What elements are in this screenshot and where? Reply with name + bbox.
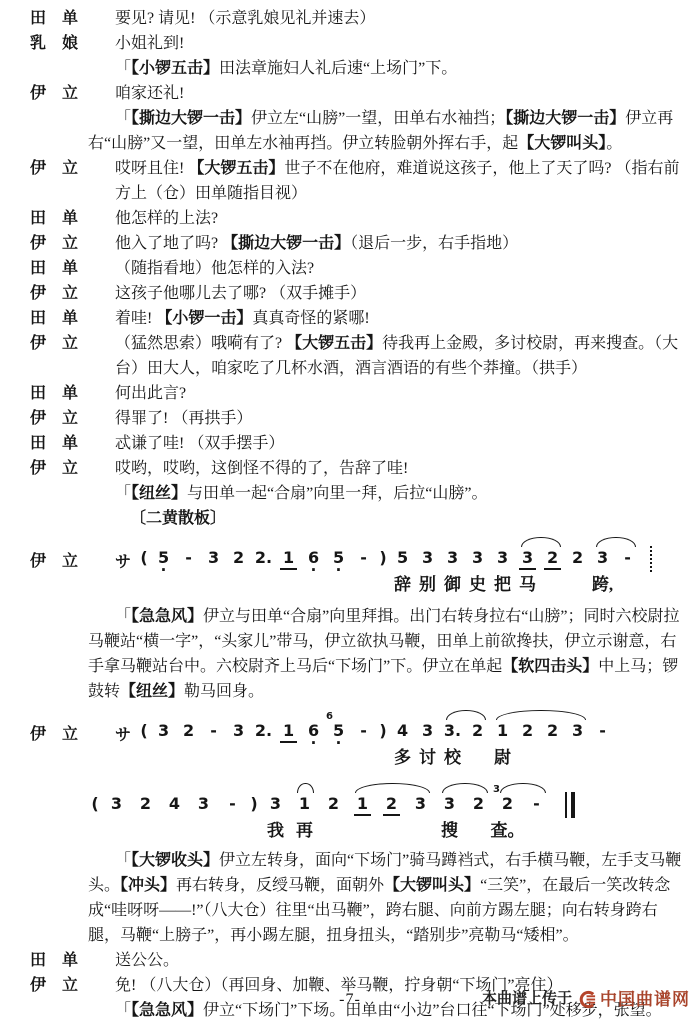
stage-direction: 「【大锣收头】伊立左转身，面向“下场门”骑马蹲裆式，右手横马鞭，左手支马鞭头。【… [88, 848, 700, 948]
note: 3跨, [590, 548, 615, 570]
note: 3 [102, 794, 131, 816]
note: 3 [151, 721, 176, 743]
dialogue-row: 田 单 忒谦了哇! （双手摆手） [0, 431, 700, 456]
notation-notes: (5·-322.16·5·-)5辞3别3御3史3把3马223跨,- [137, 535, 652, 572]
stage-direction: 「【小锣五击】田法章施妇人礼后速“上场门”下。 [88, 56, 700, 81]
lyric: 把 [494, 575, 511, 595]
note: 4多 [390, 721, 415, 743]
dialogue-row: 伊 立 哎呀且住! 【大锣五击】世子不在他府，难道说这孩子，他上了天了吗? （指… [0, 156, 700, 206]
note: 3史 [465, 548, 490, 570]
dashed-barline [650, 546, 652, 572]
dialogue-row: 田 单 要见? 请见! （示意乳娘见礼并速去） [0, 6, 700, 31]
note: 2 [540, 721, 565, 743]
speaker-name: 伊 立 [0, 81, 115, 106]
dialogue-text: 小姐礼到! [115, 31, 700, 56]
slur-arc [500, 783, 546, 793]
slur-arc [596, 537, 636, 547]
dialogue-row: 伊 立 这孩子他哪儿去了哪? （双手摊手） [0, 281, 700, 306]
music-line-1: 伊 立 サ (5·-322.16·5·-)5辞3别3御3史3把3马223跨,- [0, 531, 700, 604]
slur-arc [496, 710, 586, 720]
speaker-name: 田 单 [0, 381, 115, 406]
note: 3我 [261, 794, 290, 816]
stage-direction: 「【急急风】伊立与田单“合扇”向里拜揖。出门右转身拉右“山膀”；同时六校尉拉马鞭… [88, 604, 700, 704]
note: 1尉 [490, 721, 515, 743]
free-meter-mark: サ [115, 535, 131, 574]
note: 3 [406, 794, 435, 816]
note: ) [247, 794, 261, 816]
note: 3御 [440, 548, 465, 570]
speaker-name: 伊 立 [0, 406, 115, 431]
note: 3 [565, 721, 590, 743]
dialogue-row: 乳 娘 小姐礼到! [0, 31, 700, 56]
upload-credit-label: 本曲谱上传于 [482, 987, 572, 1012]
dialogue-row: 伊 立 他入了地了吗? 【撕边大锣一击】（退后一步，右手指地） [0, 231, 700, 256]
speaker-name: 伊 立 [0, 281, 115, 306]
note: - [590, 721, 615, 743]
speaker-name: 田 单 [0, 6, 115, 31]
note: 2 [515, 721, 540, 743]
lyric: 我 [267, 821, 284, 841]
dialogue-text: 咱家还礼! [115, 81, 700, 106]
lyric: 别 [419, 575, 436, 595]
note: 3 [189, 794, 218, 816]
lyric: 再 [296, 821, 313, 841]
dialogue-text: （猛然思索）哦嗬有了? 【大锣五击】待我再上金殿，多讨校尉，再来搜查。（大台）田… [115, 331, 700, 381]
dialogue-text: 得罪了! （再拱手） [115, 406, 700, 431]
slur-arc [521, 537, 561, 547]
site-logo-icon [578, 990, 597, 1009]
speaker-name: 伊 立 [0, 156, 115, 181]
speaker-name: 田 单 [0, 431, 115, 456]
note: 3讨 [415, 721, 440, 743]
note: 2 [565, 548, 590, 570]
site-logo[interactable]: 中国曲谱网 [578, 987, 690, 1012]
note: 5辞 [390, 548, 415, 570]
note: 1 [276, 721, 301, 743]
note: 3搜 [435, 794, 464, 816]
double-barline [565, 792, 575, 818]
dialogue-row: 田 单 何出此言? [0, 381, 700, 406]
note: ) [376, 548, 390, 570]
dialogue-text: 送公公。 [115, 948, 700, 973]
slur-arc [442, 783, 488, 793]
page-footer: -7- 本曲谱上传于 中国曲谱网 [0, 988, 700, 1014]
note: 5· [151, 548, 176, 570]
dialogue-row: 伊 立 得罪了! （再拱手） [0, 406, 700, 431]
notation-notes: (3243-)3我1再21233搜223查。- [88, 781, 575, 818]
note: 2 [464, 794, 493, 816]
dialogue-row: 伊 立 （猛然思索）哦嗬有了? 【大锣五击】待我再上金殿，多讨校尉，再来搜查。（… [0, 331, 700, 381]
lyric: 跨, [592, 575, 613, 595]
dialogue-text: 何出此言? [115, 381, 700, 406]
dialogue-row: 田 单 着哇! 【小锣一击】真真奇怪的紧哪! [0, 306, 700, 331]
dialogue-text: 哎哟，哎哟，这倒怪不得的了，告辞了哇! [115, 456, 700, 481]
dialogue-text: 他怎样的上法? [115, 206, 700, 231]
note: 2. [251, 548, 276, 570]
note: - [201, 721, 226, 743]
speaker-name: 伊 立 [0, 331, 115, 356]
note: 3把 [490, 548, 515, 570]
note: 2. [251, 721, 276, 743]
note: 2 [319, 794, 348, 816]
note: 1 [348, 794, 377, 816]
dialogue-text: 要见? 请见! （示意乳娘见礼并速去） [115, 6, 700, 31]
lyric: 史 [469, 575, 486, 595]
note: 3 [201, 548, 226, 570]
note: 23查。 [493, 794, 522, 816]
note: 1再 [290, 794, 319, 816]
slur-arc [446, 710, 486, 720]
slur-arc [297, 783, 314, 793]
dialogue-text: 着哇! 【小锣一击】真真奇怪的紧哪! [115, 306, 700, 331]
dialogue-text: （随指看地）他怎样的入法? [115, 256, 700, 281]
notation-notes: (32-32.16·5·6-)4多3讨3.校21尉223- [137, 708, 615, 745]
music-line-2: 伊 立 サ (32-32.16·5·6-)4多3讨3.校21尉223- [0, 704, 700, 777]
slur-arc [355, 783, 430, 793]
dialogue-text: 忒谦了哇! （双手摆手） [115, 431, 700, 456]
speaker-name: 伊 立 [0, 231, 115, 256]
speaker-name: 田 单 [0, 256, 115, 281]
page-number: -7- [339, 987, 361, 1012]
note: 2 [131, 794, 160, 816]
lyric: 辞 [394, 575, 411, 595]
speaker-name: 田 单 [0, 306, 115, 331]
lyric: 搜 [441, 821, 458, 841]
dialogue-row: 伊 立 咱家还礼! [0, 81, 700, 106]
lyric: 尉 [494, 748, 511, 768]
lyric: 多 [394, 748, 411, 768]
dialogue-row: 伊 立 哎哟，哎哟，这倒怪不得的了，告辞了哇! [0, 456, 700, 481]
music-line-3: (3243-)3我1再21233搜223查。- [0, 777, 700, 848]
lyric: 校 [444, 748, 461, 768]
dialogue-row: 田 单 他怎样的上法? [0, 206, 700, 231]
speaker-name: 伊 立 [0, 708, 115, 747]
note: 2 [226, 548, 251, 570]
score-page: 田 单 要见? 请见! （示意乳娘见礼并速去） 乳 娘 小姐礼到! 「【小锣五击… [0, 0, 700, 1020]
note: - [218, 794, 247, 816]
note: 4 [160, 794, 189, 816]
dialogue-row: 田 单 （随指看地）他怎样的入法? [0, 256, 700, 281]
note: 6· [301, 548, 326, 570]
upload-credit: 本曲谱上传于 中国曲谱网 [482, 987, 690, 1012]
note: 3马 [515, 548, 540, 570]
site-name: 中国曲谱网 [600, 987, 690, 1012]
note: ( [88, 794, 102, 816]
note: - [176, 548, 201, 570]
note: 2 [465, 721, 490, 743]
note: - [351, 548, 376, 570]
speaker-name: 伊 立 [0, 456, 115, 481]
note: - [615, 548, 640, 570]
lyric: 马 [519, 575, 536, 595]
note: 5·6 [326, 721, 351, 743]
note: 3别 [415, 548, 440, 570]
note: 1 [276, 548, 301, 570]
speaker-name: 乳 娘 [0, 31, 115, 56]
speaker-name: 田 单 [0, 948, 115, 973]
speaker-name: 伊 立 [0, 535, 115, 574]
note: 2 [540, 548, 565, 570]
note: ( [137, 548, 151, 570]
note: ) [376, 721, 390, 743]
lyric: 查。 [491, 821, 525, 841]
tune-mode-label: 〔二黄散板〕 [130, 506, 700, 531]
note: 5· [326, 548, 351, 570]
note: 3.校 [440, 721, 465, 743]
free-meter-mark: サ [115, 708, 131, 747]
dialogue-text: 哎呀且住! 【大锣五击】世子不在他府，难道说这孩子，他上了天了吗? （指右前方上… [115, 156, 700, 206]
lyric: 御 [444, 575, 461, 595]
lyric: 讨 [419, 748, 436, 768]
dialogue-row: 田 单 送公公。 [0, 948, 700, 973]
note: ( [137, 721, 151, 743]
note: - [351, 721, 376, 743]
note: - [522, 794, 551, 816]
note: 3 [226, 721, 251, 743]
note: 6· [301, 721, 326, 743]
stage-direction: 「【纽丝】与田单一起“合扇”向里一拜，后拉“山膀”。 [88, 481, 700, 506]
note: 2 [176, 721, 201, 743]
speaker-name: 田 单 [0, 206, 115, 231]
stage-direction: 「【撕边大锣一击】伊立左“山膀”一望，田单右水袖挡；【撕边大锣一击】伊立再右“山… [88, 106, 700, 156]
dialogue-text: 他入了地了吗? 【撕边大锣一击】（退后一步，右手指地） [115, 231, 700, 256]
note: 2 [377, 794, 406, 816]
dialogue-text: 这孩子他哪儿去了哪? （双手摊手） [115, 281, 700, 306]
